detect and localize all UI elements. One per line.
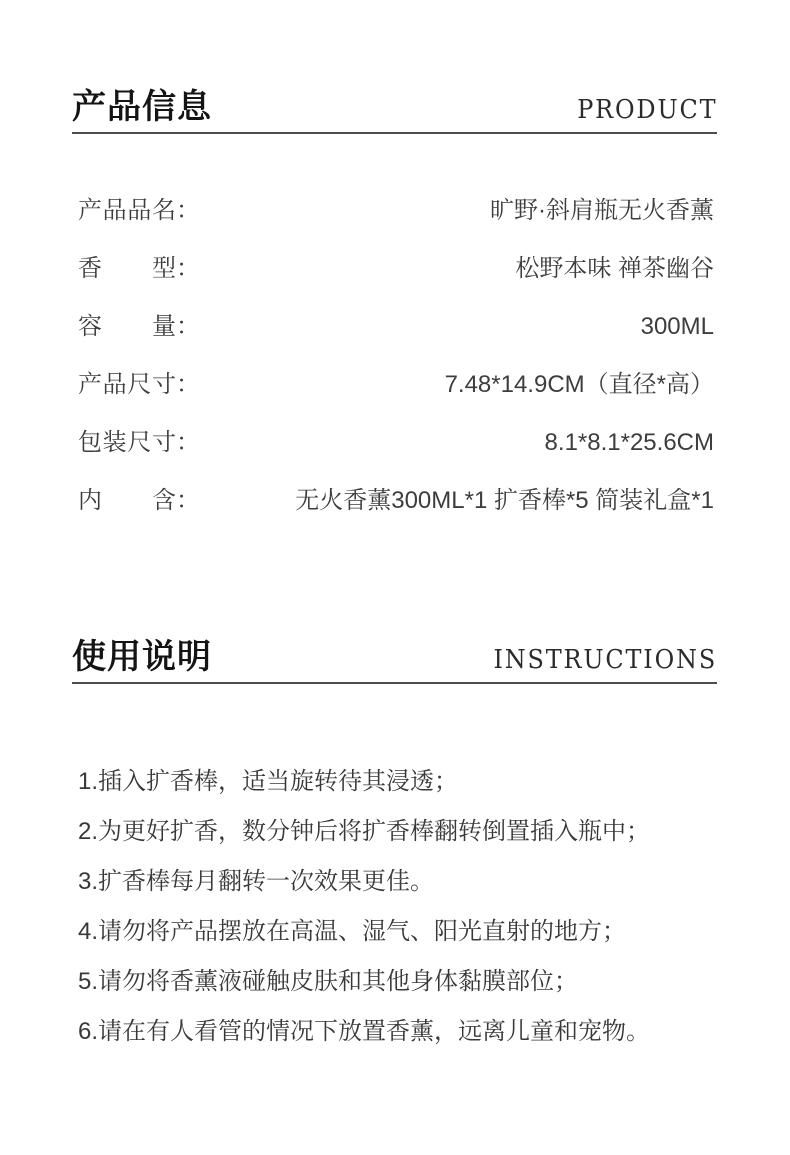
spec-row-contents: 内含： 无火香薰300ML*1 扩香棒*5 简装礼盒*1 — [78, 487, 714, 545]
instruction-item-3: 3.扩香棒每月翻转一次效果更佳。 — [78, 868, 730, 918]
instructions-title-cn: 使用说明 — [72, 638, 212, 676]
spec-label: 产品尺寸： — [78, 371, 200, 399]
spec-value: 无火香薰300ML*1 扩香棒*5 简装礼盒*1 — [200, 487, 714, 515]
spec-label-text: 香型 — [78, 255, 176, 283]
spec-label: 香型： — [78, 255, 200, 283]
spec-label: 内含： — [78, 487, 200, 515]
instruction-item-5: 5.请勿将香薰液碰触皮肤和其他身体黏膜部位； — [78, 968, 730, 1018]
spec-table: 产品品名： 旷野·斜肩瓶无火香薰 香型： 松野本味 禅茶幽谷 容量： 300ML… — [78, 197, 714, 545]
spec-value: 旷野·斜肩瓶无火香薰 — [200, 197, 714, 225]
spec-colon: ： — [176, 255, 200, 283]
instruction-list: 1.插入扩香棒，适当旋转待其浸透； 2.为更好扩香，数分钟后将扩香棒翻转倒置插入… — [78, 768, 730, 1068]
spec-label-text: 内含 — [78, 487, 176, 515]
instruction-item-2: 2.为更好扩香，数分钟后将扩香棒翻转倒置插入瓶中； — [78, 818, 730, 868]
spec-colon: ： — [176, 371, 200, 399]
spec-label: 容量： — [78, 313, 200, 341]
instruction-item-4: 4.请勿将产品摆放在高温、湿气、阳光直射的地方； — [78, 918, 730, 968]
instructions-header: 使用说明 INSTRUCTIONS — [72, 638, 717, 684]
spec-row-product-name: 产品品名： 旷野·斜肩瓶无火香薰 — [78, 197, 714, 255]
spec-row-product-size: 产品尺寸： 7.48*14.9CM（直径*高） — [78, 371, 714, 429]
instruction-item-6: 6.请在有人看管的情况下放置香薰，远离儿童和宠物。 — [78, 1018, 730, 1068]
spec-label-text: 产品品名 — [78, 197, 176, 225]
spec-label-text: 容量 — [78, 313, 176, 341]
spec-value: 300ML — [200, 313, 714, 341]
spec-colon: ： — [176, 429, 200, 457]
spec-value: 松野本味 禅茶幽谷 — [200, 255, 714, 283]
spec-row-package-size: 包装尺寸： 8.1*8.1*25.6CM — [78, 429, 714, 487]
instructions-title-en: INSTRUCTIONS — [493, 644, 717, 676]
spec-value: 8.1*8.1*25.6CM — [200, 429, 714, 457]
spec-row-capacity: 容量： 300ML — [78, 313, 714, 371]
spec-colon: ： — [176, 197, 200, 225]
spec-label-text: 产品尺寸 — [78, 371, 176, 399]
product-detail-page: 产品信息 PRODUCT 产品品名： 旷野·斜肩瓶无火香薰 香型： 松野本味 禅… — [0, 0, 790, 1155]
spec-label: 包装尺寸： — [78, 429, 200, 457]
spec-label: 产品品名： — [78, 197, 200, 225]
product-info-title-en: PRODUCT — [577, 94, 717, 126]
product-info-header: 产品信息 PRODUCT — [72, 88, 717, 134]
spec-colon: ： — [176, 313, 200, 341]
spec-colon: ： — [176, 487, 200, 515]
spec-row-fragrance-type: 香型： 松野本味 禅茶幽谷 — [78, 255, 714, 313]
instruction-item-1: 1.插入扩香棒，适当旋转待其浸透； — [78, 768, 730, 818]
spec-label-text: 包装尺寸 — [78, 429, 176, 457]
product-info-title-cn: 产品信息 — [72, 88, 212, 126]
spec-value: 7.48*14.9CM（直径*高） — [200, 371, 714, 399]
